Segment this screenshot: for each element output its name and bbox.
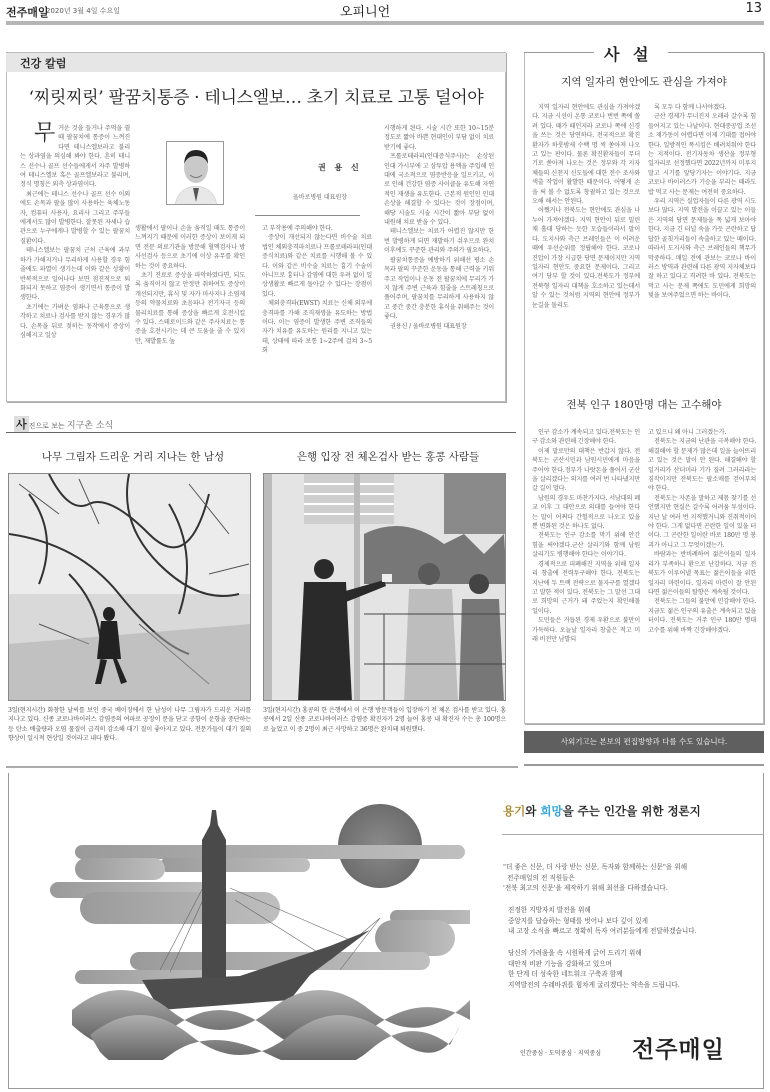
promo-paragraph-2: 진정한 지방자치 발전을 위해 중앙지를 답습하는 형태를 벗어나 보다 깊이 … [508, 905, 697, 937]
photo-2-title: 은행 입장 전 체온검사 받는 홍콩 사람들 [263, 449, 513, 464]
disclaimer-bar: 사외기고는 본보의 편집방향과 다를 수도 있습니다. [524, 731, 764, 753]
editorial-rule-right [668, 52, 764, 53]
editorial-headline-1: 지역 일자리 현안에도 관심을 가져야 [524, 74, 764, 89]
author-divider [255, 215, 360, 216]
photo-1-caption: 3일(현지시간) 화창한 날씨를 보인 중국 베이징에서 한 남성이 나무 그림… [8, 706, 251, 744]
photo-section-label: 사진으로 보는 지구촌 소식 [14, 416, 113, 432]
promo-brand-logo: 전주매일 [632, 1031, 725, 1064]
portrait-image [167, 142, 224, 205]
section-title: 오피니언 [340, 1, 390, 20]
street-photo-image [9, 474, 251, 701]
health-column-headline: ‘찌릿찌릿’ 팔꿈치통증 · 테니스엘보… 초기 치료로 고통 덜어야 [6, 83, 506, 108]
page-number: 13 [745, 1, 762, 16]
health-col-4: 시행하게 된다. 시술 시간 또한 10~15분 정도로 짧아 바쁜 현대인이 … [384, 124, 494, 331]
photo-section-rule [6, 432, 516, 433]
masthead-rule [6, 21, 764, 25]
photo-2-caption: 3일(현지시간) 홍콩의 한 은행에서 이 은행 방문객들이 입장하기 전 체온… [263, 706, 506, 734]
drop-cap: 무 [34, 124, 55, 144]
photo-1-street-shadow [8, 473, 251, 701]
health-col-3: 고 부작용에 주의해야 한다. 증상이 개선되지 않는다면 비수술 치료법인 체… [262, 224, 372, 356]
editorial-1-col-1: 지역 일자리 현안에도 관심을 가져야겠다. 지금 시선이 온통 코로나 번번 … [532, 103, 640, 310]
author-name: 권 용 신 [318, 162, 362, 173]
promo-tagline: 인간중심 · 도덕중심 · 지역중심 [520, 1048, 601, 1057]
health-col-2: 생활에서 팔이나 손을 움직일 때도 통증이 느껴지기 때문에 이러한 증상이 … [135, 224, 245, 346]
health-col-1: 무 거운 것을 들거나 주먹을 쥘 때 팔꿈치에 통증이 느껴진다면 테니스엘보… [20, 124, 130, 340]
disclaimer-rule [524, 764, 764, 766]
author-portrait [166, 141, 224, 205]
health-column-tag: 건강 칼럼 [6, 52, 506, 72]
promo-rule [502, 834, 764, 835]
editorial-headline-2: 전북 인구 180만명 대는 고수해야 [524, 397, 764, 412]
promo-paragraph-1: "더 좋은 신문, 더 사랑 받는 신문, 독자와 함께하는 신문"을 위해 전… [503, 862, 687, 894]
editorial-1-col-2: 록 모두 다 함께 나서야겠다. 군산 경제가 무너진지 오래라 갈수록 힘들어… [648, 103, 756, 301]
masthead-brand: 전주매일 [6, 4, 49, 20]
photo-2-hongkong-bank [263, 473, 506, 701]
editorial-2-col-1: 인구 감소가 계속되고 있다.전북도는 인구 감소와 관련해 긴장해야 한다. … [532, 428, 640, 644]
promo-paragraph-3: 당신의 가려움을 속 시원하게 긁어 드리기 위해 대안적 비판 기능을 강화하… [508, 948, 680, 990]
promo-illustration [30, 800, 470, 1060]
section-divider [6, 766, 518, 768]
editorial-rule-left [524, 52, 594, 53]
promo-headline: 용기와 희망을 주는 인간을 위한 정론지 [503, 803, 701, 819]
author-title: 올바로병원 대표원장 [293, 192, 347, 201]
editorial-2-col-2: 고 있으니 왜 아니 그러겠는가. 전북도는 지금의 난관을 극복해야 한다. … [648, 428, 756, 635]
editorial-label: 사 설 [604, 42, 652, 65]
bank-photo-image [264, 474, 506, 701]
ship-illustration-icon [30, 800, 470, 1060]
photo-1-title: 나무 그림자 드리운 거리 지나는 한 남성 [8, 449, 258, 464]
masthead-date: 2020년 3월 4일 수요일 [46, 6, 120, 16]
